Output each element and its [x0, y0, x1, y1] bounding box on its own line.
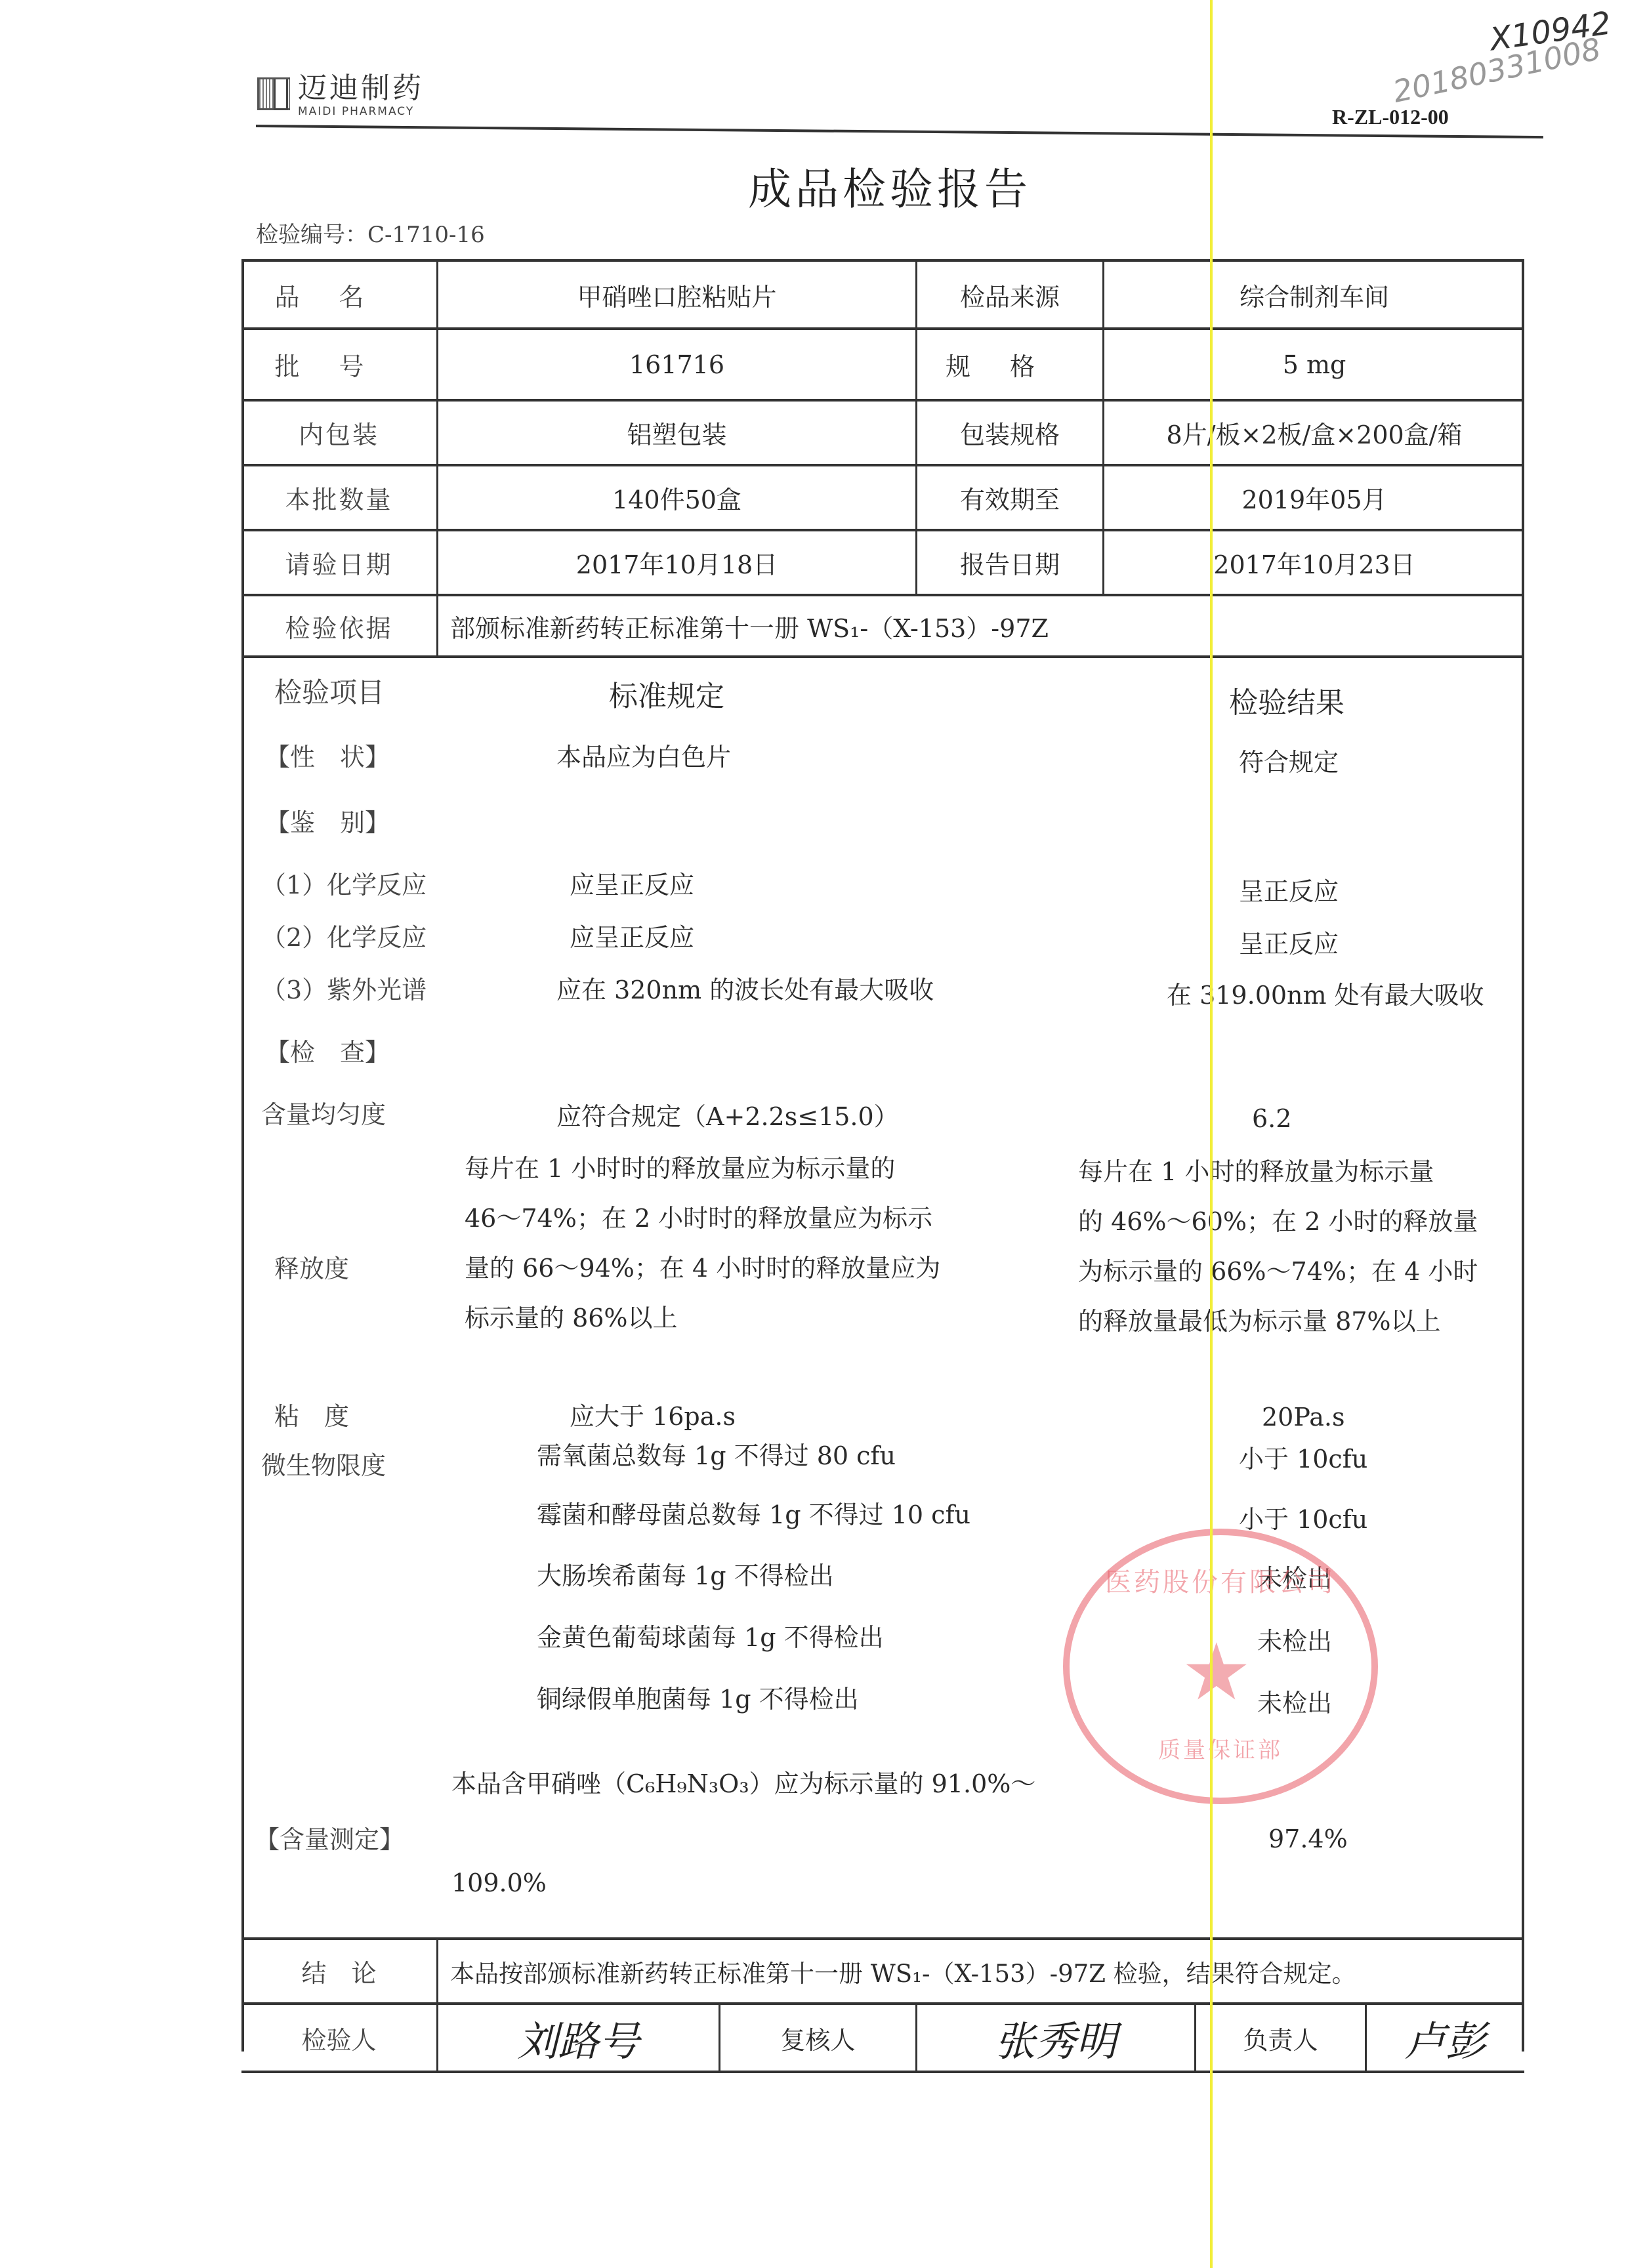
microbial-result-1: 小于 10cfu	[1239, 1439, 1367, 1475]
viscosity-standard: 应大于 16pa.s	[570, 1396, 736, 1432]
microbial-standard-5: 铜绿假单胞菌每 1g 不得检出	[537, 1679, 859, 1715]
responsible-label: 负责人	[1196, 2005, 1367, 2071]
report-date-label: 报告日期	[917, 531, 1104, 594]
expiry-label: 有效期至	[917, 466, 1104, 529]
appearance-result: 符合规定	[1239, 742, 1339, 778]
viscosity-item: 粘 度	[274, 1396, 349, 1432]
source-label: 检品来源	[917, 262, 1104, 327]
quantity-value: 140件50盒	[438, 466, 917, 529]
pack-spec-value: 8片/板×2板/盒×200盒/箱	[1104, 402, 1524, 464]
row-basis: 检验依据 部颁标准新药转正标准第十一册 WS₁-（X-153）-97Z	[241, 596, 1524, 658]
report-date-value: 2017年10月23日	[1104, 531, 1524, 594]
release-result: 每片在 1 小时的释放量为标示量 的 46%～60%；在 2 小时的释放量 为标…	[1078, 1147, 1478, 1346]
spec-label: 规格	[917, 330, 1104, 399]
uniformity-standard: 应符合规定（A+2.2s≤15.0）	[556, 1096, 899, 1132]
appearance-item: 【性 状】	[265, 737, 390, 773]
reviewer-label: 复核人	[720, 2005, 917, 2071]
microbial-standard-2: 霉菌和酵母菌总数每 1g 不得过 10 cfu	[537, 1495, 970, 1531]
report-number: 检验编号：C-1710-16	[256, 216, 485, 249]
assay-standard-line1: 本品含甲硝唑（C₆H₉N₃O₃）应为标示量的 91.0%～	[451, 1763, 1035, 1800]
inspector-label: 检验人	[241, 2005, 438, 2071]
conclusion-label: 结 论	[241, 1940, 438, 2002]
chem1-result: 呈正反应	[1239, 871, 1339, 907]
assay-standard-line2: 109.0%	[451, 1868, 547, 1897]
row-conclusion: 结 论 本品按部颁标准新药转正标准第十一册 WS₁-（X-153）-97Z 检验…	[241, 1940, 1524, 2005]
report-number-label: 检验编号：	[256, 222, 367, 248]
company-logo: 迈迪制药 MAIDI PHARMACY	[257, 73, 474, 119]
microbial-result-2: 小于 10cfu	[1239, 1499, 1367, 1535]
row-batch: 批号 161716 规格 5 mg	[241, 330, 1524, 402]
spec-value: 5 mg	[1104, 330, 1524, 399]
uv-standard: 应在 320nm 的波长处有最大吸收	[556, 970, 934, 1006]
microbial-standard-3: 大肠埃希菌每 1g 不得检出	[537, 1556, 834, 1592]
batch-label: 批号	[241, 330, 438, 399]
assay-item: 【含量测定】	[255, 1819, 404, 1855]
form-code: R-ZL-012-00	[1332, 105, 1449, 129]
pack-spec-label: 包装规格	[917, 402, 1104, 464]
chem2-item: （2）化学反应	[261, 917, 427, 953]
inspector-signature: 刘路号	[438, 2005, 720, 2071]
row-product-name: 品名 甲硝唑口腔粘贴片 检品来源 综合制剂车间	[241, 259, 1524, 330]
report-number-value: C-1710-16	[367, 222, 485, 248]
conclusion-text: 本品按部颁标准新药转正标准第十一册 WS₁-（X-153）-97Z 检验，结果符…	[438, 1940, 1524, 2002]
company-seal: 医药股份有限公司 ★ 质量保证部	[1063, 1529, 1378, 1804]
product-name-value: 甲硝唑口腔粘贴片	[438, 262, 917, 327]
microbial-standard-4: 金黄色葡萄球菌每 1g 不得检出	[537, 1617, 884, 1653]
chem1-item: （1）化学反应	[261, 865, 427, 901]
batch-value: 161716	[438, 330, 917, 399]
col-header-item: 检验项目	[274, 671, 385, 711]
expiry-value: 2019年05月	[1104, 466, 1524, 529]
inspection-item: 【检 查】	[265, 1032, 390, 1068]
source-value: 综合制剂车间	[1104, 262, 1524, 327]
row-inner-pack: 内包装 铝塑包装 包装规格 8片/板×2板/盒×200盒/箱	[241, 402, 1524, 466]
reviewer-signature: 张秀明	[917, 2005, 1196, 2071]
assay-result: 97.4%	[1268, 1825, 1348, 1853]
release-standard: 每片在 1 小时时的释放量应为标示量的 46～74%；在 2 小时时的释放量应为…	[465, 1144, 940, 1343]
row-quantity: 本批数量 140件50盒 有效期至 2019年05月	[241, 466, 1524, 531]
product-name-label: 品名	[241, 262, 438, 327]
quantity-label: 本批数量	[241, 466, 438, 529]
request-date-value: 2017年10月18日	[438, 531, 917, 594]
uniformity-result: 6.2	[1252, 1104, 1291, 1133]
company-name-cn: 迈迪制药	[298, 73, 424, 104]
col-header-standard: 标准规定	[609, 672, 724, 714]
logo-mark-icon	[257, 77, 290, 110]
uv-item: （3）紫外光谱	[261, 970, 427, 1006]
uv-result: 在 319.00nm 处有最大吸收	[1167, 975, 1484, 1011]
uniformity-item: 含量均匀度	[261, 1094, 386, 1130]
release-item: 释放度	[274, 1248, 349, 1285]
basis-label: 检验依据	[241, 596, 438, 655]
col-header-result: 检验结果	[1229, 679, 1345, 721]
basis-value: 部颁标准新药转正标准第十一册 WS₁-（X-153）-97Z	[438, 596, 1524, 655]
chem1-standard: 应呈正反应	[570, 865, 694, 901]
inner-pack-value: 铝塑包装	[438, 402, 917, 464]
document-title: 成品检验报告	[748, 154, 1032, 216]
viscosity-result: 20Pa.s	[1262, 1403, 1345, 1432]
row-dates: 请验日期 2017年10月18日 报告日期 2017年10月23日	[241, 531, 1524, 596]
chem2-result: 呈正反应	[1239, 924, 1339, 960]
responsible-signature: 卢彭	[1367, 2005, 1524, 2071]
appearance-standard: 本品应为白色片	[556, 737, 731, 773]
request-date-label: 请验日期	[241, 531, 438, 594]
seal-subtext: 质量保证部	[1096, 1732, 1345, 1764]
seal-star-icon: ★	[1181, 1627, 1252, 1718]
inner-pack-label: 内包装	[241, 402, 438, 464]
seal-text: 医药股份有限公司	[1096, 1561, 1345, 1599]
microbial-item: 微生物限度	[261, 1445, 386, 1481]
microbial-standard-1: 需氧菌总数每 1g 不得过 80 cfu	[537, 1435, 896, 1472]
report-table: 品名 甲硝唑口腔粘贴片 检品来源 综合制剂车间 批号 161716 规格 5 m…	[241, 259, 1524, 2073]
company-name-en: MAIDI PHARMACY	[298, 105, 414, 118]
scan-artifact-line	[1210, 0, 1213, 2268]
row-signatures: 检验人 刘路号 复核人 张秀明 负责人 卢彭	[241, 2005, 1524, 2073]
identification-item: 【鉴 别】	[265, 802, 390, 838]
chem2-standard: 应呈正反应	[570, 917, 694, 953]
